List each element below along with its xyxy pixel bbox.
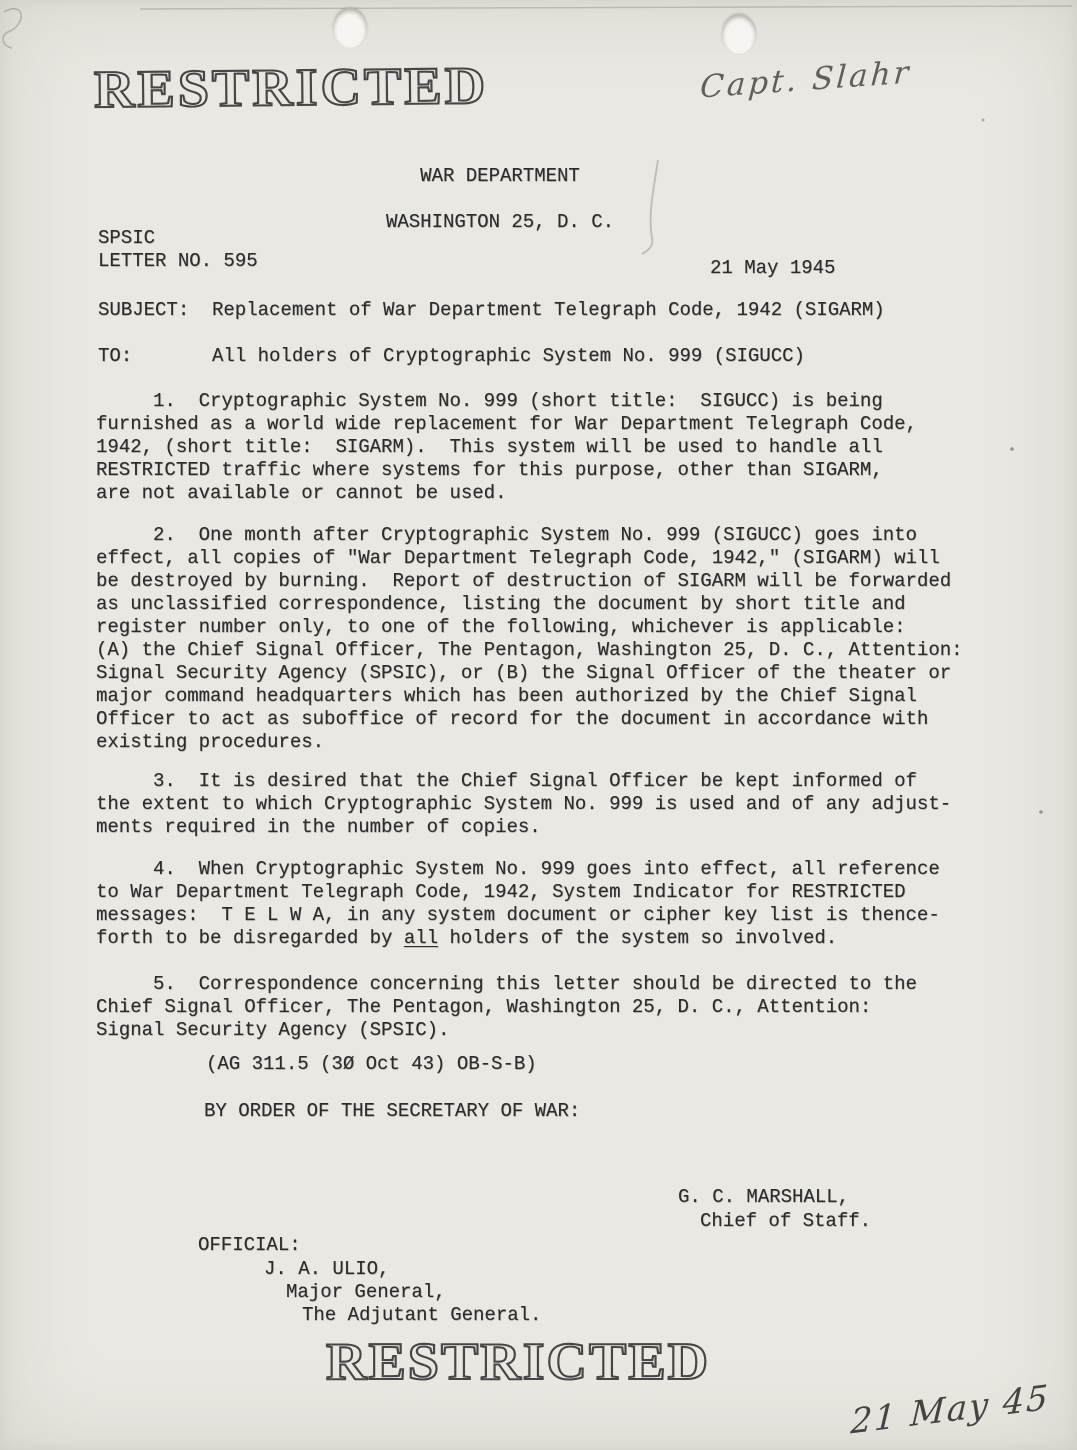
paragraph-5: 5. Correspondence concerning this letter… — [96, 973, 1006, 1042]
subject-text: Replacement of War Department Telegraph … — [212, 299, 885, 322]
by-order-line: BY ORDER OF THE SECRETARY OF WAR: — [204, 1100, 580, 1123]
paragraph-3: 3. It is desired that the Chief Signal O… — [96, 770, 1006, 839]
paragraph-4: 4. When Cryptographic System No. 999 goe… — [96, 858, 1006, 950]
department-name: WAR DEPARTMENT — [0, 165, 1000, 188]
letter-date: 21 May 1945 — [710, 257, 835, 280]
subject-label: SUBJECT: — [98, 299, 189, 322]
official-title: The Adjutant General. — [302, 1304, 541, 1327]
to-text: All holders of Cryptographic System No. … — [212, 345, 805, 368]
paragraph-4-underlined-word: all — [404, 927, 438, 949]
official-label: OFFICIAL: — [198, 1234, 301, 1257]
signer-name: G. C. MARSHALL, — [678, 1186, 849, 1209]
stray-ink-dot — [1010, 447, 1014, 451]
stray-ink-dot — [982, 119, 985, 122]
paragraph-4-text-end: holders of the system so involved. — [438, 927, 837, 949]
hole-punch-left — [333, 8, 367, 48]
official-name: J. A. ULIO, — [264, 1258, 389, 1281]
paragraph-1: 1. Cryptographic System No. 999 (short t… — [96, 390, 1006, 505]
official-rank: Major General, — [286, 1281, 446, 1304]
pencil-squiggle-corner — [3, 9, 21, 48]
scanned-document-page: RESTRICTED RESTRICTED Capt. Slahr 21 May… — [0, 0, 1077, 1450]
ag-reference: (AG 311.5 (3Ø Oct 43) OB-S-B) — [206, 1053, 537, 1076]
restricted-stamp-top: RESTRICTED — [94, 56, 489, 121]
torn-edge-line — [140, 6, 1072, 9]
handwritten-note-bottom: 21 May 45 — [850, 1378, 1051, 1443]
handwritten-note-top: Capt. Slahr — [699, 54, 913, 105]
to-label: TO: — [98, 345, 132, 368]
signer-title: Chief of Staff. — [700, 1210, 871, 1233]
paragraph-2: 2. One month after Cryptographic System … — [96, 524, 1006, 754]
office-symbol: SPSIC — [98, 227, 155, 250]
restricted-stamp-bottom: RESTRICTED — [326, 1332, 710, 1393]
letter-number: LETTER NO. 595 — [98, 250, 258, 273]
hole-punch-right — [722, 14, 756, 54]
stray-ink-dot — [1039, 810, 1043, 814]
